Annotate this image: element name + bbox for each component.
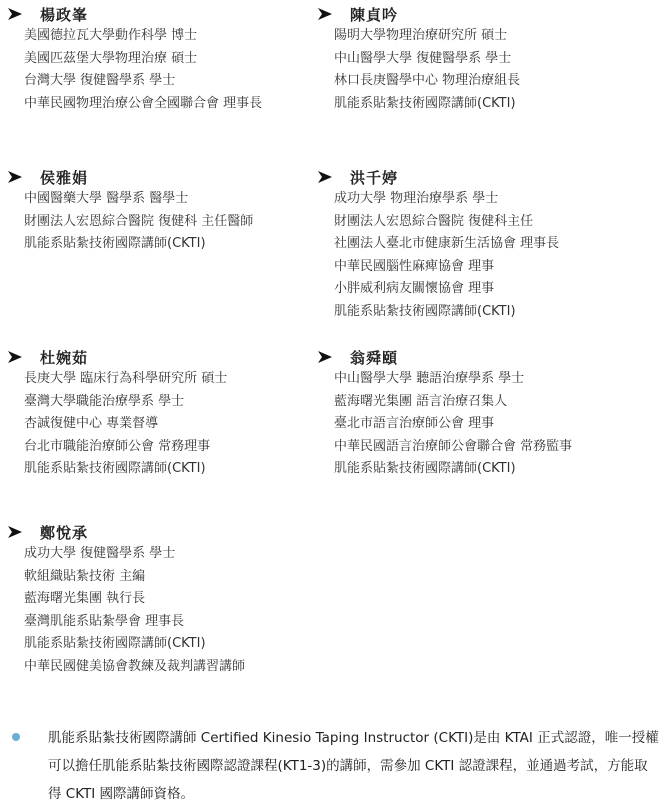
instructor-card: 陳貞吟 陽明大學物理治療研究所 碩士 中山醫學大學 復健醫學系 學士 林口長庚醫…	[310, 3, 520, 115]
credential-item: 成功大學 復健醫學系 學士	[24, 543, 245, 566]
credential-item: 中華民國健美協會教練及裁判講習講師	[24, 656, 245, 679]
credential-item: 臺灣肌能系貼紮學會 理事長	[24, 611, 245, 634]
ckti-note: 肌能系貼紮技術國際講師 Certified Kinesio Taping Ins…	[8, 724, 660, 808]
credential-item: 臺灣大學職能治療學系 學士	[24, 391, 227, 414]
credential-item: 美國匹茲堡大學物理治療 碩士	[24, 48, 262, 71]
arrowhead-right-icon	[0, 351, 36, 363]
arrowhead-right-icon	[310, 171, 346, 183]
arrowhead-right-icon	[0, 526, 36, 538]
credential-list: 成功大學 復健醫學系 學士 軟組織貼紮技術 主編 藍海曙光集團 執行長 臺灣肌能…	[0, 543, 245, 679]
credential-item: 肌能系貼紮技術國際講師(CKTI)	[334, 301, 559, 324]
credential-item: 長庚大學 臨床行為科學研究所 碩士	[24, 368, 227, 391]
credential-item: 成功大學 物理治療學系 學士	[334, 188, 559, 211]
instructor-card: 楊政峯 美國德拉瓦大學動作科學 博士 美國匹茲堡大學物理治療 碩士 台灣大學 復…	[0, 3, 262, 115]
arrowhead-right-icon	[0, 171, 36, 183]
credential-item: 肌能系貼紮技術國際講師(CKTI)	[24, 633, 245, 656]
credential-item: 中國醫藥大學 醫學系 醫學士	[24, 188, 253, 211]
credential-item: 美國德拉瓦大學動作科學 博士	[24, 25, 262, 48]
credential-list: 中山醫學大學 聽語治療學系 學士 藍海曙光集團 語言治療召集人 臺北市語言治療師…	[310, 368, 572, 481]
credential-item: 林口長庚醫學中心 物理治療組長	[334, 70, 520, 93]
credential-item: 中山醫學大學 復健醫學系 學士	[334, 48, 520, 71]
instructor-card: 侯雅娟 中國醫藥大學 醫學系 醫學士 財團法人宏恩綜合醫院 復健科 主任醫師 肌…	[0, 166, 253, 256]
arrowhead-right-icon	[0, 8, 36, 20]
credential-item: 軟組織貼紮技術 主編	[24, 566, 245, 589]
instructor-card: 鄭悅承 成功大學 復健醫學系 學士 軟組織貼紮技術 主編 藍海曙光集團 執行長 …	[0, 521, 245, 679]
credential-item: 中華民國語言治療師公會聯合會 常務監事	[334, 436, 572, 459]
instructor-card: 翁舜頤 中山醫學大學 聽語治療學系 學士 藍海曙光集團 語言治療召集人 臺北市語…	[310, 346, 572, 481]
instructor-name: 洪千婷	[350, 167, 398, 188]
credential-list: 美國德拉瓦大學動作科學 博士 美國匹茲堡大學物理治療 碩士 台灣大學 復健醫學系…	[0, 25, 262, 115]
credential-item: 藍海曙光集團 語言治療召集人	[334, 391, 572, 414]
credential-item: 台灣大學 復健醫學系 學士	[24, 70, 262, 93]
instructor-card: 洪千婷 成功大學 物理治療學系 學士 財團法人宏恩綜合醫院 復健科主任 社團法人…	[310, 166, 559, 324]
instructor-name: 杜婉茹	[40, 347, 88, 368]
instructor-name: 侯雅娟	[40, 167, 88, 188]
credential-item: 肌能系貼紮技術國際講師(CKTI)	[24, 458, 227, 481]
credential-list: 陽明大學物理治療研究所 碩士 中山醫學大學 復健醫學系 學士 林口長庚醫學中心 …	[310, 25, 520, 115]
credential-item: 台北市職能治療師公會 常務理事	[24, 436, 227, 459]
credential-item: 財團法人宏恩綜合醫院 復健科 主任醫師	[24, 211, 253, 234]
credential-list: 成功大學 物理治療學系 學士 財團法人宏恩綜合醫院 復健科主任 社團法人臺北市健…	[310, 188, 559, 324]
credential-list: 長庚大學 臨床行為科學研究所 碩士 臺灣大學職能治療學系 學士 杏誠復健中心 專…	[0, 368, 227, 481]
instructor-name: 翁舜頤	[350, 347, 398, 368]
instructor-name: 楊政峯	[40, 4, 88, 25]
credential-item: 財團法人宏恩綜合醫院 復健科主任	[334, 211, 559, 234]
credential-item: 中華民國物理治療公會全國聯合會 理事長	[24, 93, 262, 116]
credential-item: 杏誠復健中心 專業督導	[24, 413, 227, 436]
arrowhead-right-icon	[310, 351, 346, 363]
instructor-card: 杜婉茹 長庚大學 臨床行為科學研究所 碩士 臺灣大學職能治療學系 學士 杏誠復健…	[0, 346, 227, 481]
credential-item: 中山醫學大學 聽語治療學系 學士	[334, 368, 572, 391]
credential-item: 肌能系貼紮技術國際講師(CKTI)	[334, 93, 520, 116]
credential-item: 藍海曙光集團 執行長	[24, 588, 245, 611]
credential-item: 臺北市語言治療師公會 理事	[334, 413, 572, 436]
instructor-name: 鄭悅承	[40, 522, 88, 543]
instructor-name: 陳貞吟	[350, 4, 398, 25]
credential-item: 社團法人臺北市健康新生活協會 理事長	[334, 233, 559, 256]
credential-item: 中華民國腦性麻痺協會 理事	[334, 256, 559, 279]
dot-bullet-icon	[12, 733, 20, 741]
ckti-note-text: 肌能系貼紮技術國際講師 Certified Kinesio Taping Ins…	[48, 724, 660, 808]
credential-list: 中國醫藥大學 醫學系 醫學士 財團法人宏恩綜合醫院 復健科 主任醫師 肌能系貼紮…	[0, 188, 253, 256]
credential-item: 小胖威利病友關懷協會 理事	[334, 278, 559, 301]
arrowhead-right-icon	[310, 8, 346, 20]
credential-item: 肌能系貼紮技術國際講師(CKTI)	[334, 458, 572, 481]
credential-item: 肌能系貼紮技術國際講師(CKTI)	[24, 233, 253, 256]
credential-item: 陽明大學物理治療研究所 碩士	[334, 25, 520, 48]
